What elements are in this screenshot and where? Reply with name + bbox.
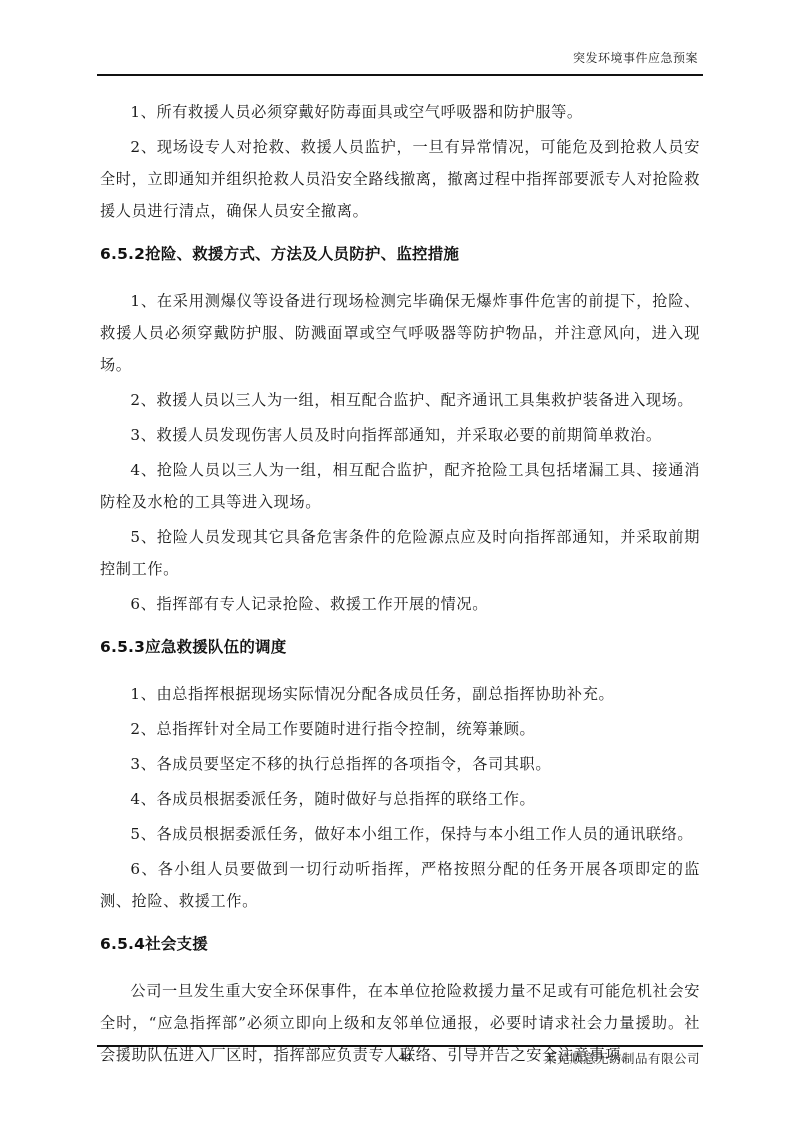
paragraph: 4、抢险人员以三人为一组，相互配合监护，配齐抢险工具包括堵漏工具、接通消防栓及水… (100, 454, 700, 518)
paragraph: 4、各成员根据委派任务，随时做好与总指挥的联络工作。 (100, 783, 700, 815)
section-heading-6-5-4: 6.5.4社会支援 (100, 929, 700, 959)
paragraph: 6、指挥部有专人记录抢险、救援工作开展的情况。 (100, 588, 700, 620)
footer-company-name: 莱芜顺意无纺制品有限公司 (544, 1049, 700, 1067)
paragraph: 1、在采用测爆仪等设备进行现场检测完毕确保无爆炸事件危害的前提下，抢险、救援人员… (100, 285, 700, 381)
paragraph: 2、救援人员以三人为一组，相互配合监护、配齐通讯工具集救护装备进入现场。 (100, 384, 700, 416)
paragraph: 2、现场设专人对抢救、救援人员监护，一旦有异常情况，可能危及到抢救人员安全时，立… (100, 131, 700, 227)
page-body: 1、所有救援人员必须穿戴好防毒面具或空气呼吸器和防护服等。 2、现场设专人对抢救… (100, 96, 700, 1074)
paragraph: 1、所有救援人员必须穿戴好防毒面具或空气呼吸器和防护服等。 (100, 96, 700, 128)
header-divider (97, 74, 703, 76)
section-heading-6-5-2: 6.5.2抢险、救援方式、方法及人员防护、监控措施 (100, 239, 700, 269)
paragraph: 1、由总指挥根据现场实际情况分配各成员任务，副总指挥协助补充。 (100, 678, 700, 710)
paragraph: 3、救援人员发现伤害人员及时向指挥部通知，并采取必要的前期简单救治。 (100, 419, 700, 451)
paragraph: 2、总指挥针对全局工作要随时进行指令控制，统筹兼顾。 (100, 713, 700, 745)
page-number: 44 (385, 1049, 425, 1065)
paragraph: 5、抢险人员发现其它具备危害条件的危险源点应及时向指挥部通知，并采取前期控制工作… (100, 521, 700, 585)
paragraph: 3、各成员要坚定不移的执行总指挥的各项指令，各司其职。 (100, 748, 700, 780)
running-header-title: 突发环境事件应急预案 (573, 49, 698, 66)
footer-divider (97, 1045, 703, 1047)
section-heading-6-5-3: 6.5.3应急救援队伍的调度 (100, 632, 700, 662)
paragraph: 6、各小组人员要做到一切行动听指挥，严格按照分配的任务开展各项即定的监测、抢险、… (100, 853, 700, 917)
paragraph: 5、各成员根据委派任务，做好本小组工作，保持与本小组工作人员的通讯联络。 (100, 818, 700, 850)
